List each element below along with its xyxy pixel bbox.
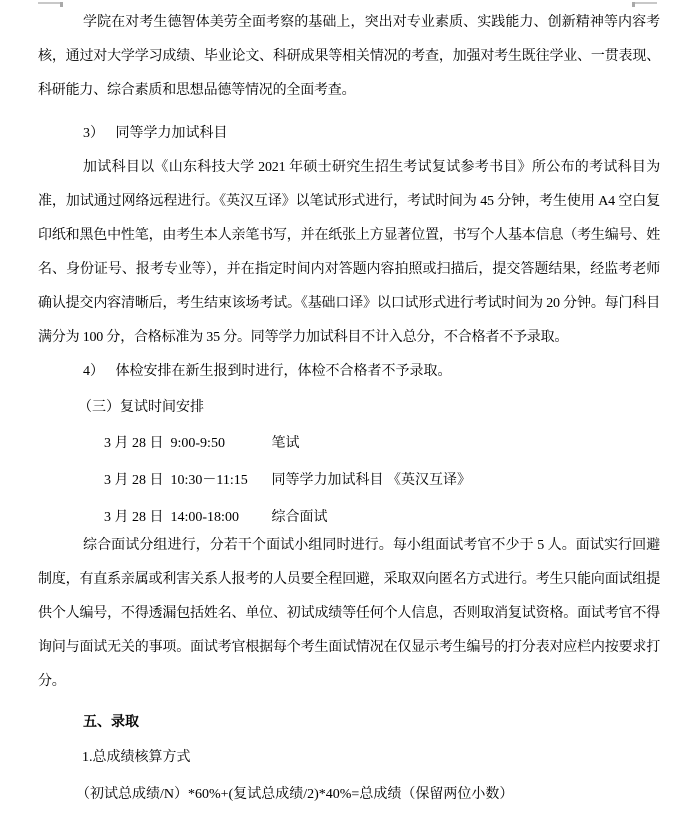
schedule-datetime: 3 月 28 日 9:00-9:50: [104, 425, 268, 462]
page-boundary-tick-right: [632, 2, 635, 7]
document-page: 学院在对考生德智体美劳全面考察的基础上，突出对专业素质、实践能力、创新精神等内容…: [0, 0, 695, 816]
list-item-4: 4） 体检安排在新生报到时进行，体检不合格者不予录取。: [38, 355, 660, 389]
exam-schedule: 3 月 28 日 9:00-9:50 笔试 3 月 28 日 10:30－11:…: [38, 425, 660, 536]
schedule-datetime: 3 月 28 日 10:30－11:15: [104, 462, 268, 499]
paragraph-additional-test-rules: 加试科目以《山东科技大学 2021 年硕士研究生招生考试复试参考书目》所公布的考…: [38, 151, 660, 355]
section-heading-admission: 五、录取: [83, 706, 660, 740]
page-boundary-mark-right: [632, 2, 657, 4]
page-boundary-mark-left: [38, 2, 63, 4]
subheading-score-method: 1.总成绩核算方式: [82, 741, 660, 775]
paragraph-interview-rules: 综合面试分组进行，分若干个面试小组同时进行。每小组面试考官不少于 5 人。面试实…: [38, 529, 660, 699]
list-item-3-number: 3）: [83, 126, 104, 141]
paragraph-comprehensive-assessment: 学院在对考生德智体美劳全面考察的基础上，突出对专业素质、实践能力、创新精神等内容…: [38, 6, 660, 108]
list-item-3-text: 同等学力加试科目: [116, 126, 228, 141]
schedule-row-written-test: 3 月 28 日 9:00-9:50 笔试: [38, 425, 660, 462]
schedule-activity: 综合面试: [272, 510, 328, 525]
schedule-activity: 同等学力加试科目 《英汉互译》: [272, 473, 472, 488]
list-item-4-number: 4）: [83, 364, 104, 379]
schedule-activity: 笔试: [272, 436, 300, 451]
list-item-3: 3） 同等学力加试科目: [38, 117, 660, 151]
page-boundary-tick-left: [60, 2, 63, 7]
list-item-4-text: 体检安排在新生报到时进行，体检不合格者不予录取。: [116, 364, 452, 379]
schedule-row-equivalency-test: 3 月 28 日 10:30－11:15 同等学力加试科目 《英汉互译》: [38, 462, 660, 499]
section-heading-schedule: （三）复试时间安排: [78, 391, 660, 425]
total-score-formula: （初试总成绩/N）*60%+(复试总成绩/2)*40%=总成绩（保留两位小数）: [76, 778, 660, 812]
